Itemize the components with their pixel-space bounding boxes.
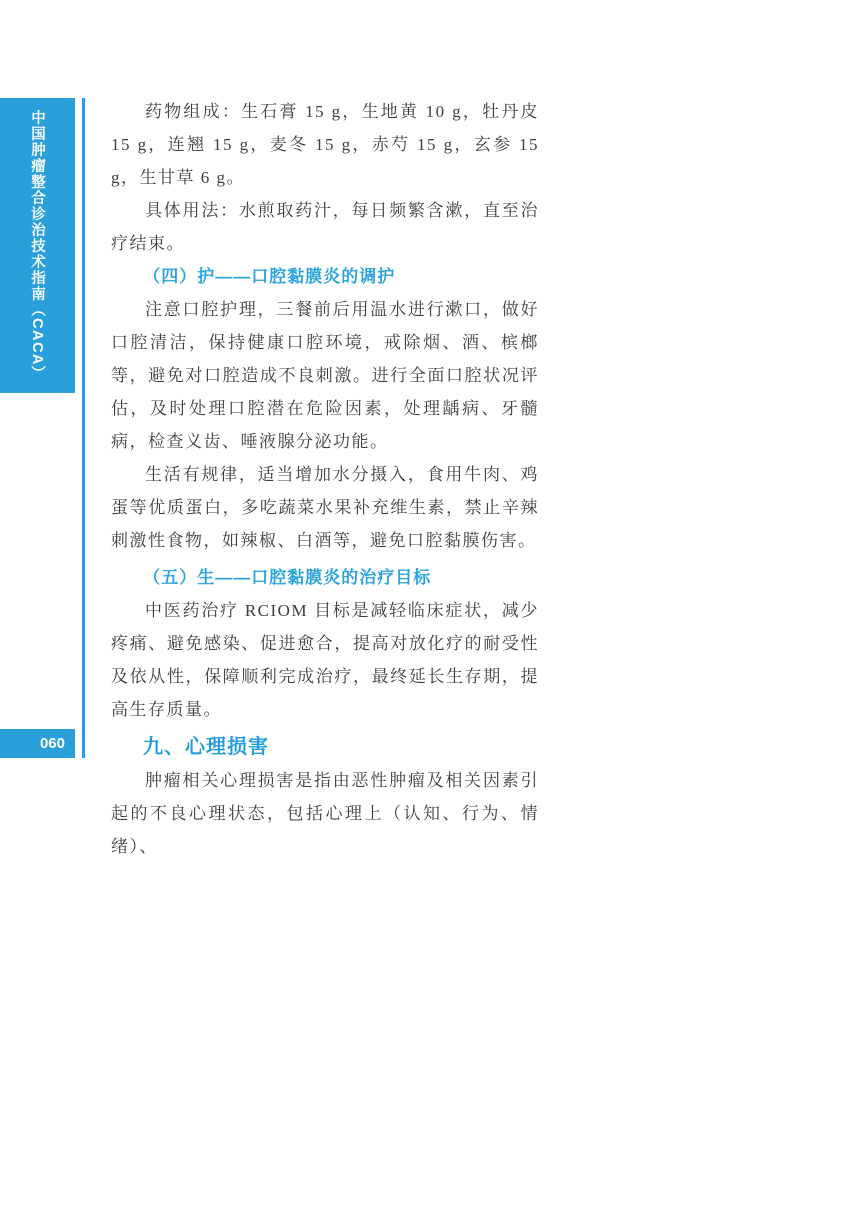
body-paragraph-drug-composition: 药物组成：生石膏 15 g，生地黄 10 g，牡丹皮 15 g，连翘 15 g，… [111, 95, 539, 194]
book-page: { "page": { "number": "060" }, "sidebar"… [0, 0, 867, 1218]
body-paragraph-oral-care: 注意口腔护理，三餐前后用温水进行漱口，做好口腔清洁，保持健康口腔环境，戒除烟、酒… [111, 293, 539, 458]
subsection-heading-five-treatment-goal: （五）生——口腔黏膜炎的治疗目标 [111, 561, 539, 594]
body-paragraph-psychological-harm: 肿瘤相关心理损害是指由恶性肿瘤及相关因素引起的不良心理状态，包括心理上（认知、行… [111, 764, 539, 863]
page-number-badge: 060 [0, 729, 75, 758]
body-paragraph-usage: 具体用法：水煎取药汁，每日频繁含漱，直至治疗结束。 [111, 194, 539, 260]
book-title-banner: 中国肿瘤整合诊治技术指南（CACA） [0, 98, 75, 393]
page-body: 药物组成：生石膏 15 g，生地黄 10 g，牡丹皮 15 g，连翘 15 g，… [111, 95, 539, 863]
body-paragraph-lifestyle: 生活有规律，适当增加水分摄入，食用牛肉、鸡蛋等优质蛋白，多吃蔬菜水果补充维生素，… [111, 458, 539, 557]
section-heading-nine-psychological-harm: 九、心理损害 [111, 731, 539, 764]
subsection-heading-four-care: （四）护——口腔黏膜炎的调护 [111, 260, 539, 293]
book-title-vertical-text: 中国肿瘤整合诊治技术指南（CACA） [27, 110, 48, 382]
margin-divider-rule [82, 98, 85, 758]
body-paragraph-tcm-goal: 中医药治疗 RCIOM 目标是减轻临床症状，减少疼痛、避免感染、促进愈合，提高对… [111, 594, 539, 726]
